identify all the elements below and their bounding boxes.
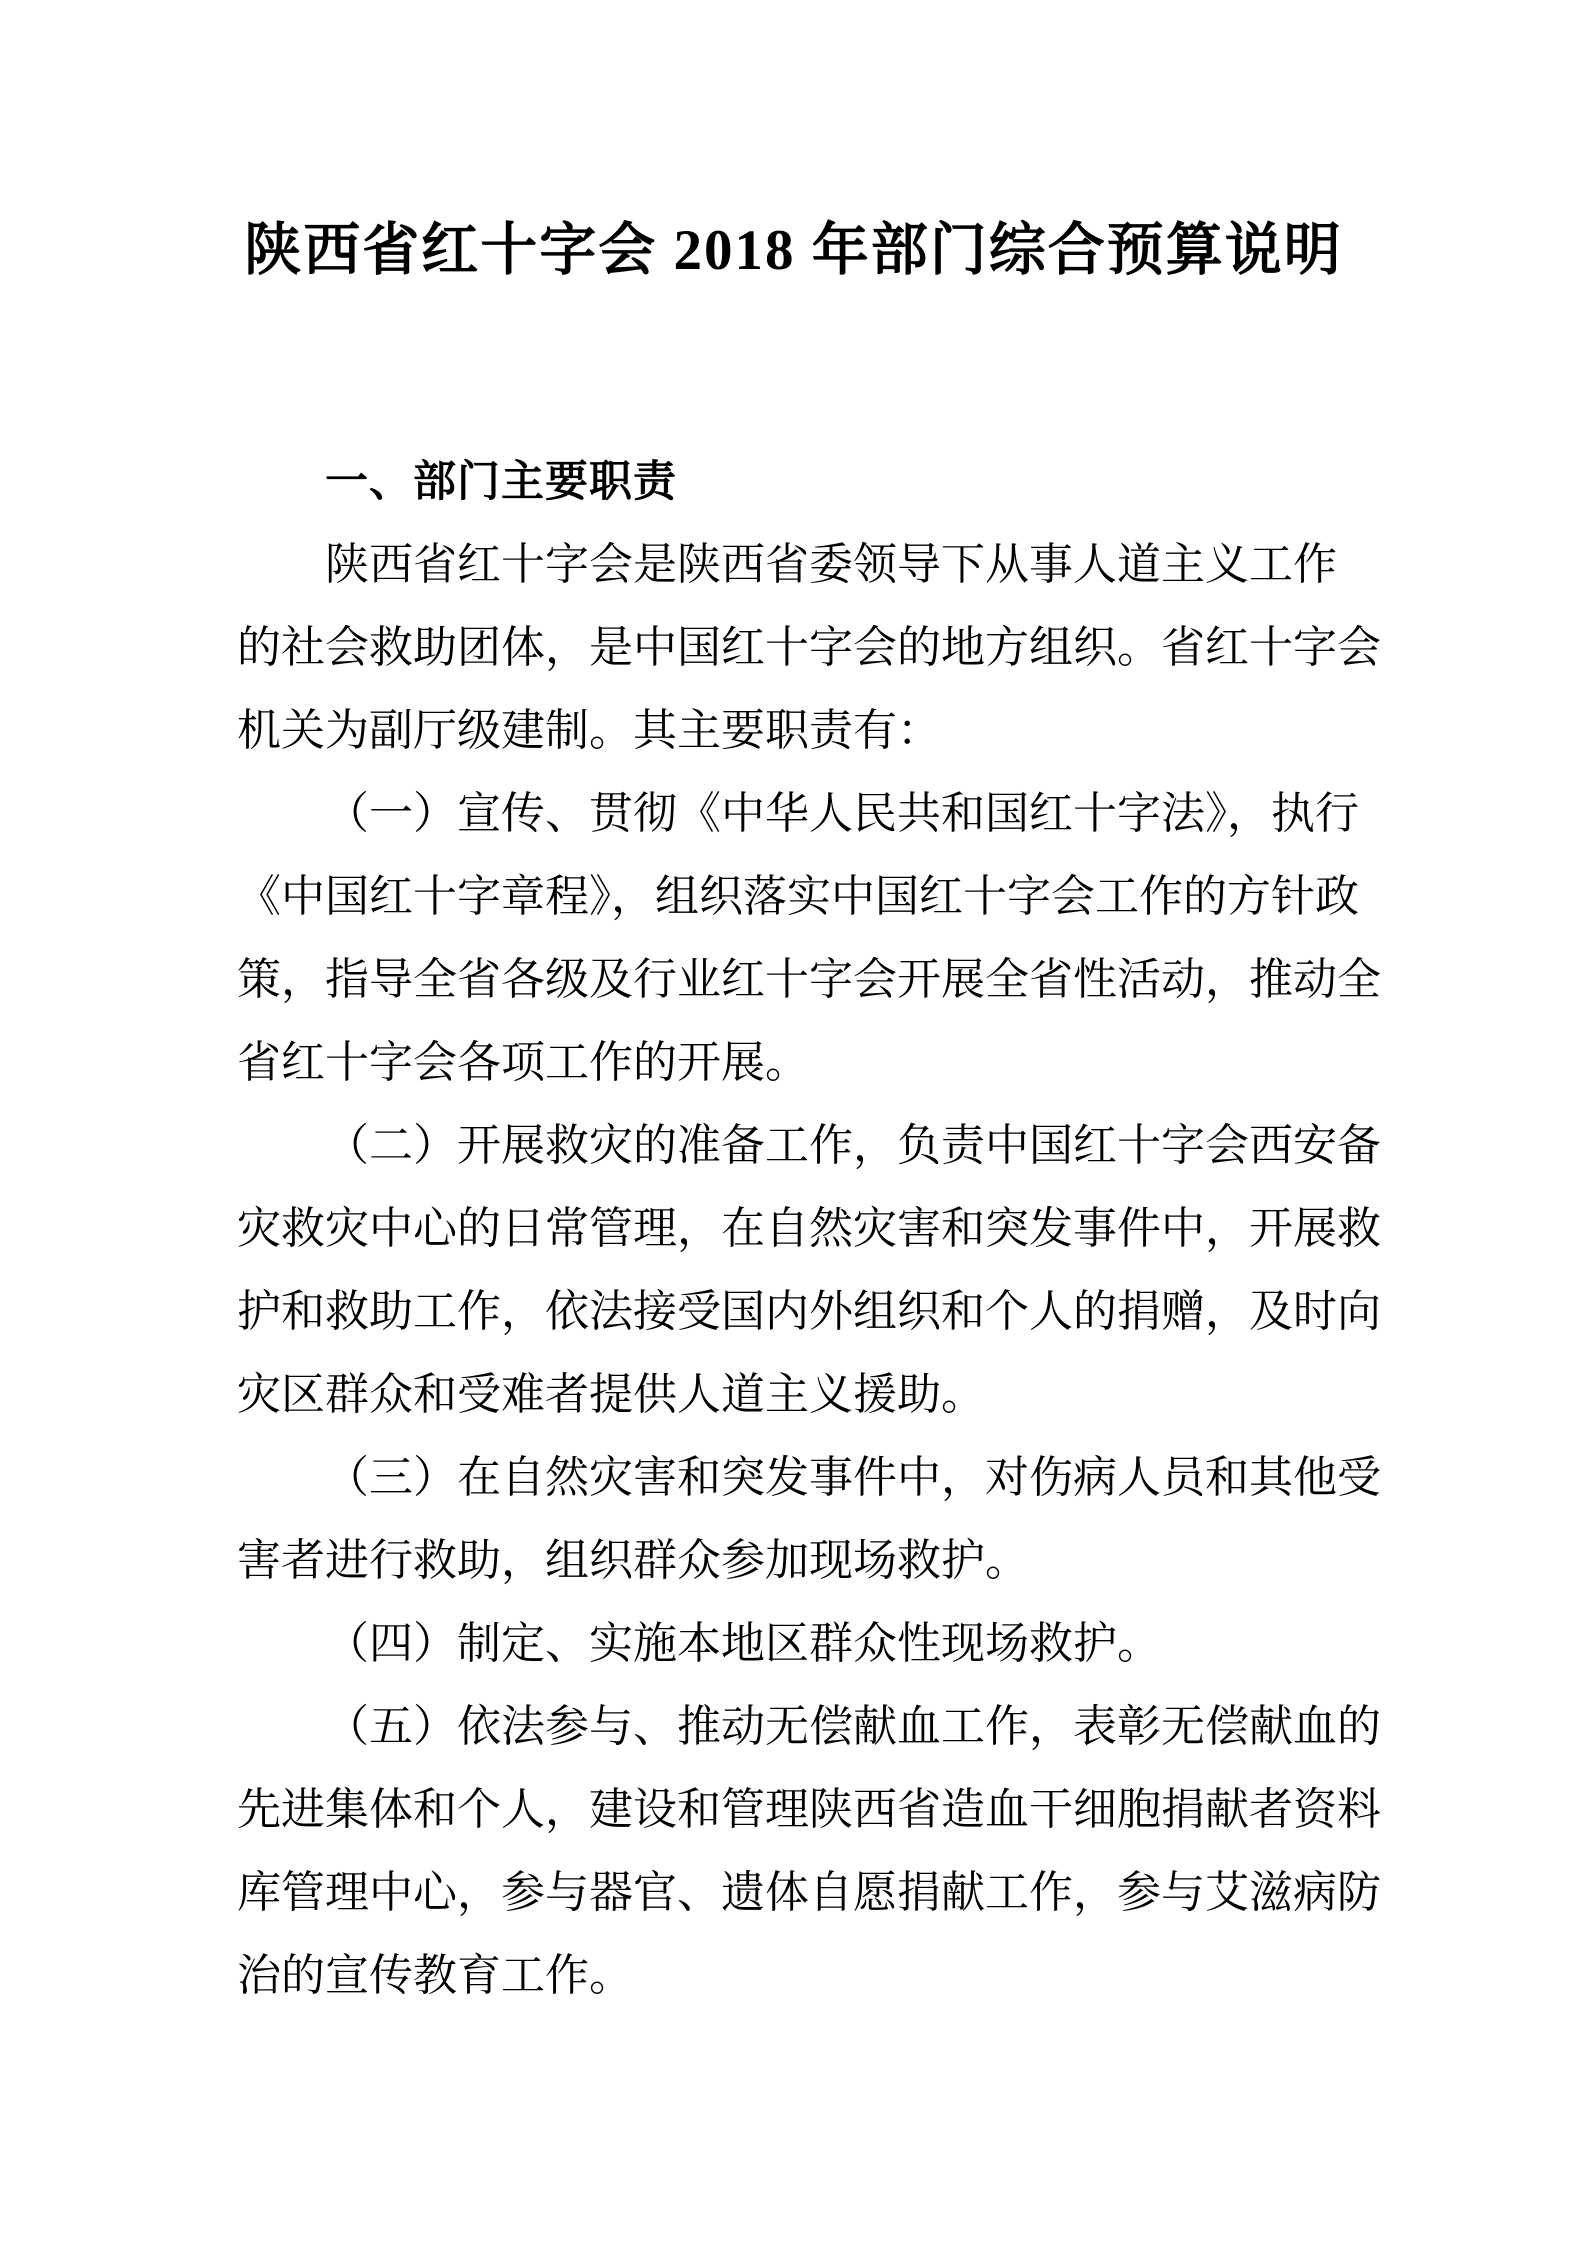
text-line: （二）开展救灾的准备工作，负责中国红十字会西安备	[237, 1104, 1587, 1187]
text-line: 策，指导全省各级及行业红十字会开展全省性活动，推动全	[237, 938, 1587, 1021]
paragraph: （一）宣传、贯彻《中华人民共和国红十字法》，执行 《中国红十字章程》，组织落实中…	[237, 772, 1587, 1104]
text-line: 《中国红十字章程》，组织落实中国红十字会工作的方针政	[237, 855, 1587, 938]
text-line: 护和救助工作，依法接受国内外组织和个人的捐赠，及时向	[237, 1270, 1587, 1353]
paragraph: （五）依法参与、推动无偿献血工作，表彰无偿献血的 先进集体和个人，建设和管理陕西…	[237, 1685, 1587, 2017]
text-line: 库管理中心，参与器官、遗体自愿捐献工作，参与艾滋病防	[237, 1851, 1587, 1934]
section-heading: 一、部门主要职责	[237, 455, 1587, 509]
text-line: （三）在自然灾害和突发事件中，对伤病人员和其他受	[237, 1436, 1587, 1519]
text-line: 省红十字会各项工作的开展。	[237, 1021, 1587, 1104]
text-line: （四）制定、实施本地区群众性现场救护。	[237, 1602, 1587, 1685]
text-line: 陕西省红十字会是陕西省委领导下从事人道主义工作	[237, 523, 1587, 606]
text-line: 灾救灾中心的日常管理，在自然灾害和突发事件中，开展救	[237, 1187, 1587, 1270]
text-line: 害者进行救助，组织群众参加现场救护。	[237, 1519, 1587, 1602]
text-line: （一）宣传、贯彻《中华人民共和国红十字法》，执行	[237, 772, 1587, 855]
document-body: 陕西省红十字会是陕西省委领导下从事人道主义工作 的社会救助团体，是中国红十字会的…	[0, 523, 1587, 2017]
text-line: 治的宣传教育工作。	[237, 1934, 1587, 2017]
paragraph: （四）制定、实施本地区群众性现场救护。	[237, 1602, 1587, 1685]
document-title: 陕西省红十字会 2018 年部门综合预算说明	[0, 0, 1587, 284]
paragraph: （三）在自然灾害和突发事件中，对伤病人员和其他受 害者进行救助，组织群众参加现场…	[237, 1436, 1587, 1602]
text-line: 机关为副厅级建制。其主要职责有：	[237, 689, 1587, 772]
text-line: （五）依法参与、推动无偿献血工作，表彰无偿献血的	[237, 1685, 1587, 1768]
text-line: 先进集体和个人，建设和管理陕西省造血干细胞捐献者资料	[237, 1768, 1587, 1851]
text-line: 灾区群众和受难者提供人道主义援助。	[237, 1353, 1587, 1436]
text-line: 的社会救助团体，是中国红十字会的地方组织。省红十字会	[237, 606, 1587, 689]
paragraph: （二）开展救灾的准备工作，负责中国红十字会西安备 灾救灾中心的日常管理，在自然灾…	[237, 1104, 1587, 1436]
document-page: 陕西省红十字会 2018 年部门综合预算说明 一、部门主要职责 陕西省红十字会是…	[0, 0, 1587, 2245]
paragraph: 陕西省红十字会是陕西省委领导下从事人道主义工作 的社会救助团体，是中国红十字会的…	[237, 523, 1587, 772]
